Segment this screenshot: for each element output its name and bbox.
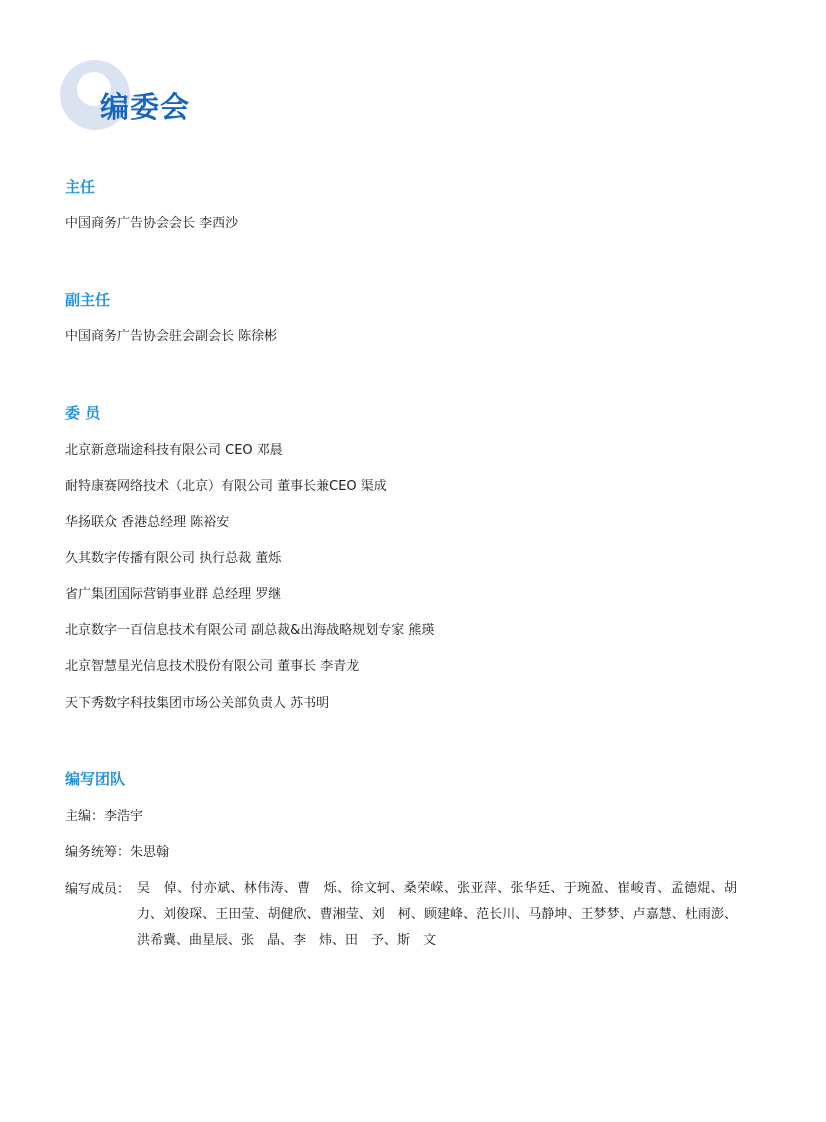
section-heading-members: 委 员 <box>65 403 100 423</box>
section-heading-director: 主任 <box>65 177 95 197</box>
page-title: 编委会 <box>100 88 190 126</box>
member-entry: 耐特康赛网络技术（北京）有限公司 董事长兼CEO 渠成 <box>65 478 387 496</box>
member-entry: 省广集团国际营销事业群 总经理 罗继 <box>65 586 281 604</box>
deputy-director-entry: 中国商务广告协会驻会副会长 陈徐彬 <box>65 328 277 346</box>
section-heading-writing-team: 编写团队 <box>65 769 125 789</box>
member-entry: 久其数字传播有限公司 执行总裁 董烁 <box>65 550 281 568</box>
writers-label: 编写成员： <box>65 881 130 899</box>
member-entry: 华扬联众 香港总经理 陈裕安 <box>65 514 229 532</box>
member-entry: 北京智慧星光信息技术股份有限公司 董事长 李青龙 <box>65 658 359 676</box>
member-entry: 北京数字一百信息技术有限公司 副总裁&出海战略规划专家 熊瑛 <box>65 622 434 640</box>
director-entry: 中国商务广告协会会长 李西沙 <box>65 215 238 233</box>
coordinator: 编务统筹：朱思翰 <box>65 844 169 862</box>
writers-list: 吴 倬、付亦斌、林伟涛、曹 烁、徐文轲、桑荣嵘、张亚萍、张华廷、于琬盈、崔峻青、… <box>137 876 737 954</box>
member-entry: 北京新意瑞途科技有限公司 CEO 邓晨 <box>65 442 283 460</box>
chief-editor: 主编：李浩宇 <box>65 808 143 826</box>
section-heading-deputy-director: 副主任 <box>65 290 110 310</box>
member-entry: 天下秀数字科技集团市场公关部负责人 苏书明 <box>65 695 329 713</box>
